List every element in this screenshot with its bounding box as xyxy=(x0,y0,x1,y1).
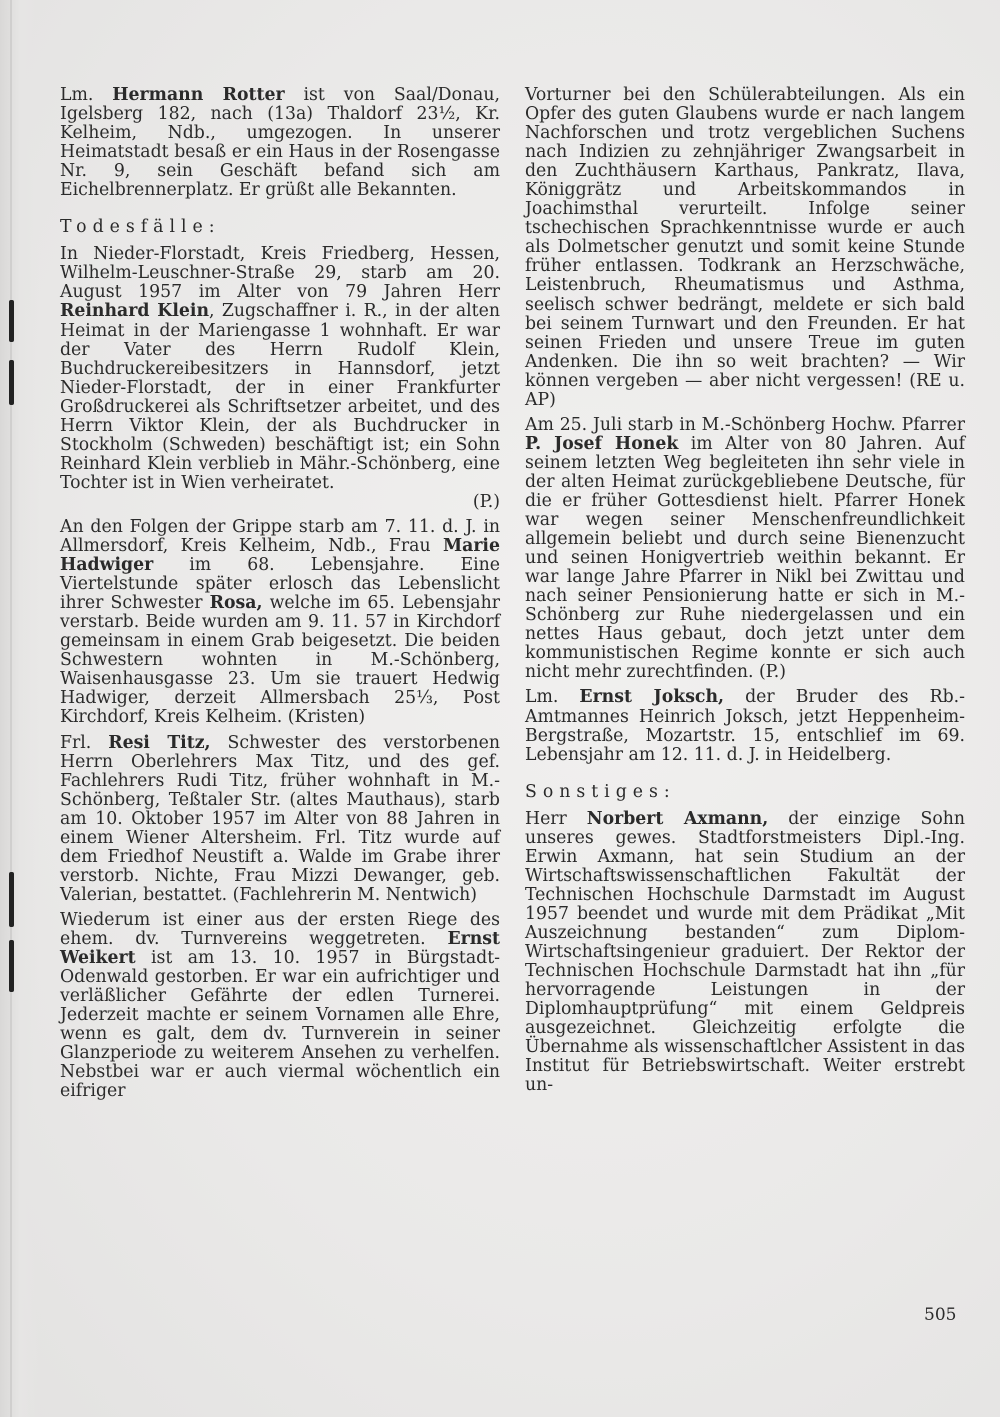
text: , Zugschaffner i. R., in der alten Heima… xyxy=(60,301,500,492)
person-name: Reinhard Klein xyxy=(60,301,209,321)
section-heading-deaths: Todesfälle: xyxy=(60,218,500,237)
margin-mark xyxy=(9,940,14,992)
text: ist am 13. 10. 1957 in Bürgstadt-Odenwal… xyxy=(60,948,500,1101)
text: Herr xyxy=(525,809,587,829)
obituary-ernst-weikert: Wiederum ist einer aus der ersten Riege … xyxy=(60,911,500,1101)
text: Schwester des verstorbenen Herrn Oberleh… xyxy=(60,733,500,905)
section-heading-misc: Sonstiges: xyxy=(525,783,965,802)
obituary-resi-titz: Frl. Resi Titz, Schwester des verstorben… xyxy=(60,734,500,905)
binding-line xyxy=(10,0,12,1417)
page-number: 505 xyxy=(924,1305,956,1325)
text: In Nieder-Florstadt, Kreis Friedberg, He… xyxy=(60,244,500,302)
text: An den Folgen der Grippe starb am 7. 11.… xyxy=(60,517,500,556)
text: der einzige Sohn unseres gewes. Stadtfor… xyxy=(525,809,965,1096)
person-name: P. Josef Honek xyxy=(525,434,678,454)
scanned-page: Lm. Hermann Rotter ist von Saal/Donau, I… xyxy=(0,0,1000,1417)
binding-shadow xyxy=(0,0,40,1417)
signature: (P.) xyxy=(60,493,500,512)
margin-mark xyxy=(9,300,14,342)
obituary-josef-honek: Am 25. Juli starb in M.-Schönberg Hochw.… xyxy=(525,416,965,683)
obituary-ernst-weikert-continued: Vorturner bei den Schülerabteilungen. Al… xyxy=(525,86,965,410)
person-name: Hermann Rotter xyxy=(112,85,284,105)
text: welche im 65. Lebensjahr verstarb. Beide… xyxy=(60,593,500,727)
text: im Alter von 80 Jahren. Auf seinem letzt… xyxy=(525,434,965,683)
text: Am 25. Juli starb in M.-Schönberg Hochw.… xyxy=(525,415,965,435)
notice-hermann-rotter: Lm. Hermann Rotter ist von Saal/Donau, I… xyxy=(60,86,500,200)
obituary-hadwiger-sisters: An den Folgen der Grippe starb am 7. 11.… xyxy=(60,518,500,728)
notice-norbert-axmann: Herr Norbert Axmann, der einzige Sohn un… xyxy=(525,810,965,1096)
text: Lm. xyxy=(60,85,112,105)
margin-mark xyxy=(9,872,14,927)
person-name: Ernst Joksch, xyxy=(579,687,724,707)
right-column: Vorturner bei den Schülerabteilungen. Al… xyxy=(525,86,965,1101)
text: Wiederum ist einer aus der ersten Riege … xyxy=(60,910,500,949)
text: Vorturner bei den Schülerabteilungen. Al… xyxy=(525,85,965,410)
obituary-reinhard-klein: In Nieder-Florstadt, Kreis Friedberg, He… xyxy=(60,245,500,512)
obituary-ernst-joksch: Lm. Ernst Joksch, der Bruder des Rb.-Amt… xyxy=(525,688,965,764)
text: Lm. xyxy=(525,687,579,707)
person-name: Norbert Axmann, xyxy=(587,809,768,829)
person-name: Resi Titz, xyxy=(108,733,210,753)
margin-mark xyxy=(9,360,14,405)
person-name: Rosa, xyxy=(210,593,263,613)
left-column: Lm. Hermann Rotter ist von Saal/Donau, I… xyxy=(60,86,500,1107)
text: Frl. xyxy=(60,733,108,753)
